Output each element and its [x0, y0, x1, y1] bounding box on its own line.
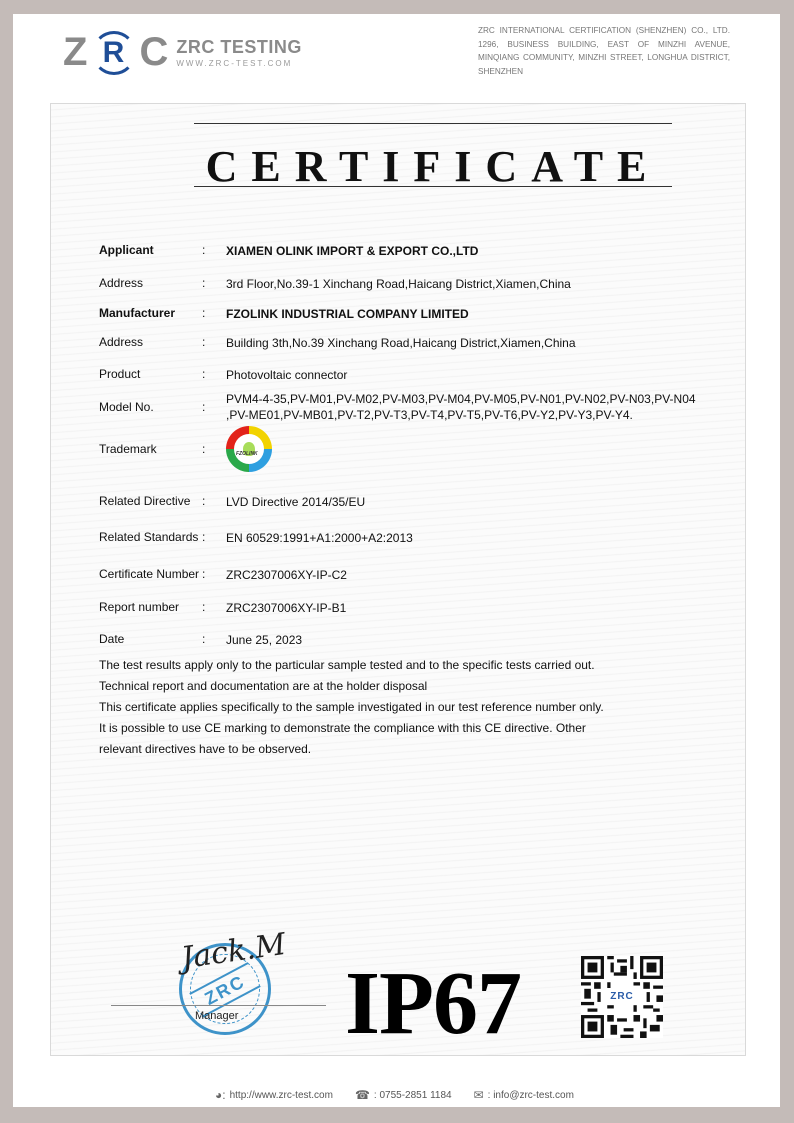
trademark-logo-icon: FZOLINK	[226, 426, 272, 472]
email-link[interactable]: : info@zrc-test.com	[488, 1090, 574, 1101]
footer-website: ◕: http://www.zrc-test.com	[215, 1088, 333, 1102]
zrc-logo-mark: Z R C	[63, 30, 170, 75]
certificate-title: CERTIFICATE	[194, 141, 672, 192]
field-trademark: Trademark : FZOLINK	[99, 426, 706, 472]
field-model-no: Model No. : PVM4-4-35,PV-M01,PV-M02,PV-M…	[99, 391, 704, 423]
phone-icon: ☎	[355, 1088, 370, 1102]
qr-code-icon: ZRC	[581, 956, 663, 1038]
field-manufacturer-address: Address : Building 3th,No.39 Xinchang Ro…	[99, 335, 706, 351]
note-line: It is possible to use CE marking to demo…	[99, 718, 604, 739]
note-line: relevant directives have to be observed.	[99, 739, 604, 760]
certificate-frame: CERTIFICATE Applicant : XIAMEN OLINK IMP…	[50, 103, 746, 1056]
signature: Jack.M	[179, 927, 288, 976]
logo-letter-c: C	[139, 30, 170, 75]
field-manufacturer: Manufacturer : FZOLINK INDUSTRIAL COMPAN…	[99, 306, 706, 322]
brand-url: WWW.ZRC-TEST.COM	[176, 59, 302, 68]
title-rule-bottom	[194, 186, 672, 187]
logo-letter-r: R	[92, 31, 136, 75]
certificate-notes: The test results apply only to the parti…	[99, 655, 604, 760]
website-link[interactable]: http://www.zrc-test.com	[230, 1090, 333, 1101]
field-product: Product : Photovoltaic connector	[99, 367, 706, 383]
logo-letter-z: Z	[63, 30, 89, 75]
note-line: Technical report and documentation are a…	[99, 676, 604, 697]
field-related-directive: Related Directive : LVD Directive 2014/3…	[99, 494, 706, 510]
brand-name: ZRC TESTING	[176, 37, 302, 58]
footer-phone: ☎ : 0755-2851 1184	[355, 1088, 452, 1102]
field-report-number: Report number : ZRC2307006XY-IP-B1	[99, 600, 706, 616]
field-related-standards: Related Standards : EN 60529:1991+A1:200…	[99, 530, 706, 546]
ip-rating: IP67	[345, 952, 521, 1055]
company-address: ZRC INTERNATIONAL CERTIFICATION (SHENZHE…	[478, 24, 730, 78]
zrc-logo: Z R C ZRC TESTING WWW.ZRC-TEST.COM	[63, 30, 302, 75]
note-line: This certificate applies specifically to…	[99, 697, 604, 718]
phone-number: : 0755-2851 1184	[374, 1090, 452, 1101]
certificate-page: Z R C ZRC TESTING WWW.ZRC-TEST.COM ZRC I…	[13, 14, 780, 1107]
signatory-title: Manager	[195, 1010, 238, 1022]
field-applicant: Applicant : XIAMEN OLINK IMPORT & EXPORT…	[99, 243, 706, 259]
note-line: The test results apply only to the parti…	[99, 655, 604, 676]
field-applicant-address: Address : 3rd Floor,No.39-1 Xinchang Roa…	[99, 276, 706, 292]
title-rule-top	[194, 123, 672, 124]
signature-line	[111, 1005, 326, 1006]
mail-icon: ✉	[474, 1088, 484, 1102]
globe-icon: ◕:	[215, 1088, 226, 1102]
field-certificate-number: Certificate Number : ZRC2307006XY-IP-C2	[99, 567, 706, 583]
footer-email: ✉ : info@zrc-test.com	[474, 1088, 574, 1102]
contact-footer: ◕: http://www.zrc-test.com ☎ : 0755-2851…	[215, 1088, 596, 1102]
field-date: Date : June 25, 2023	[99, 632, 706, 648]
